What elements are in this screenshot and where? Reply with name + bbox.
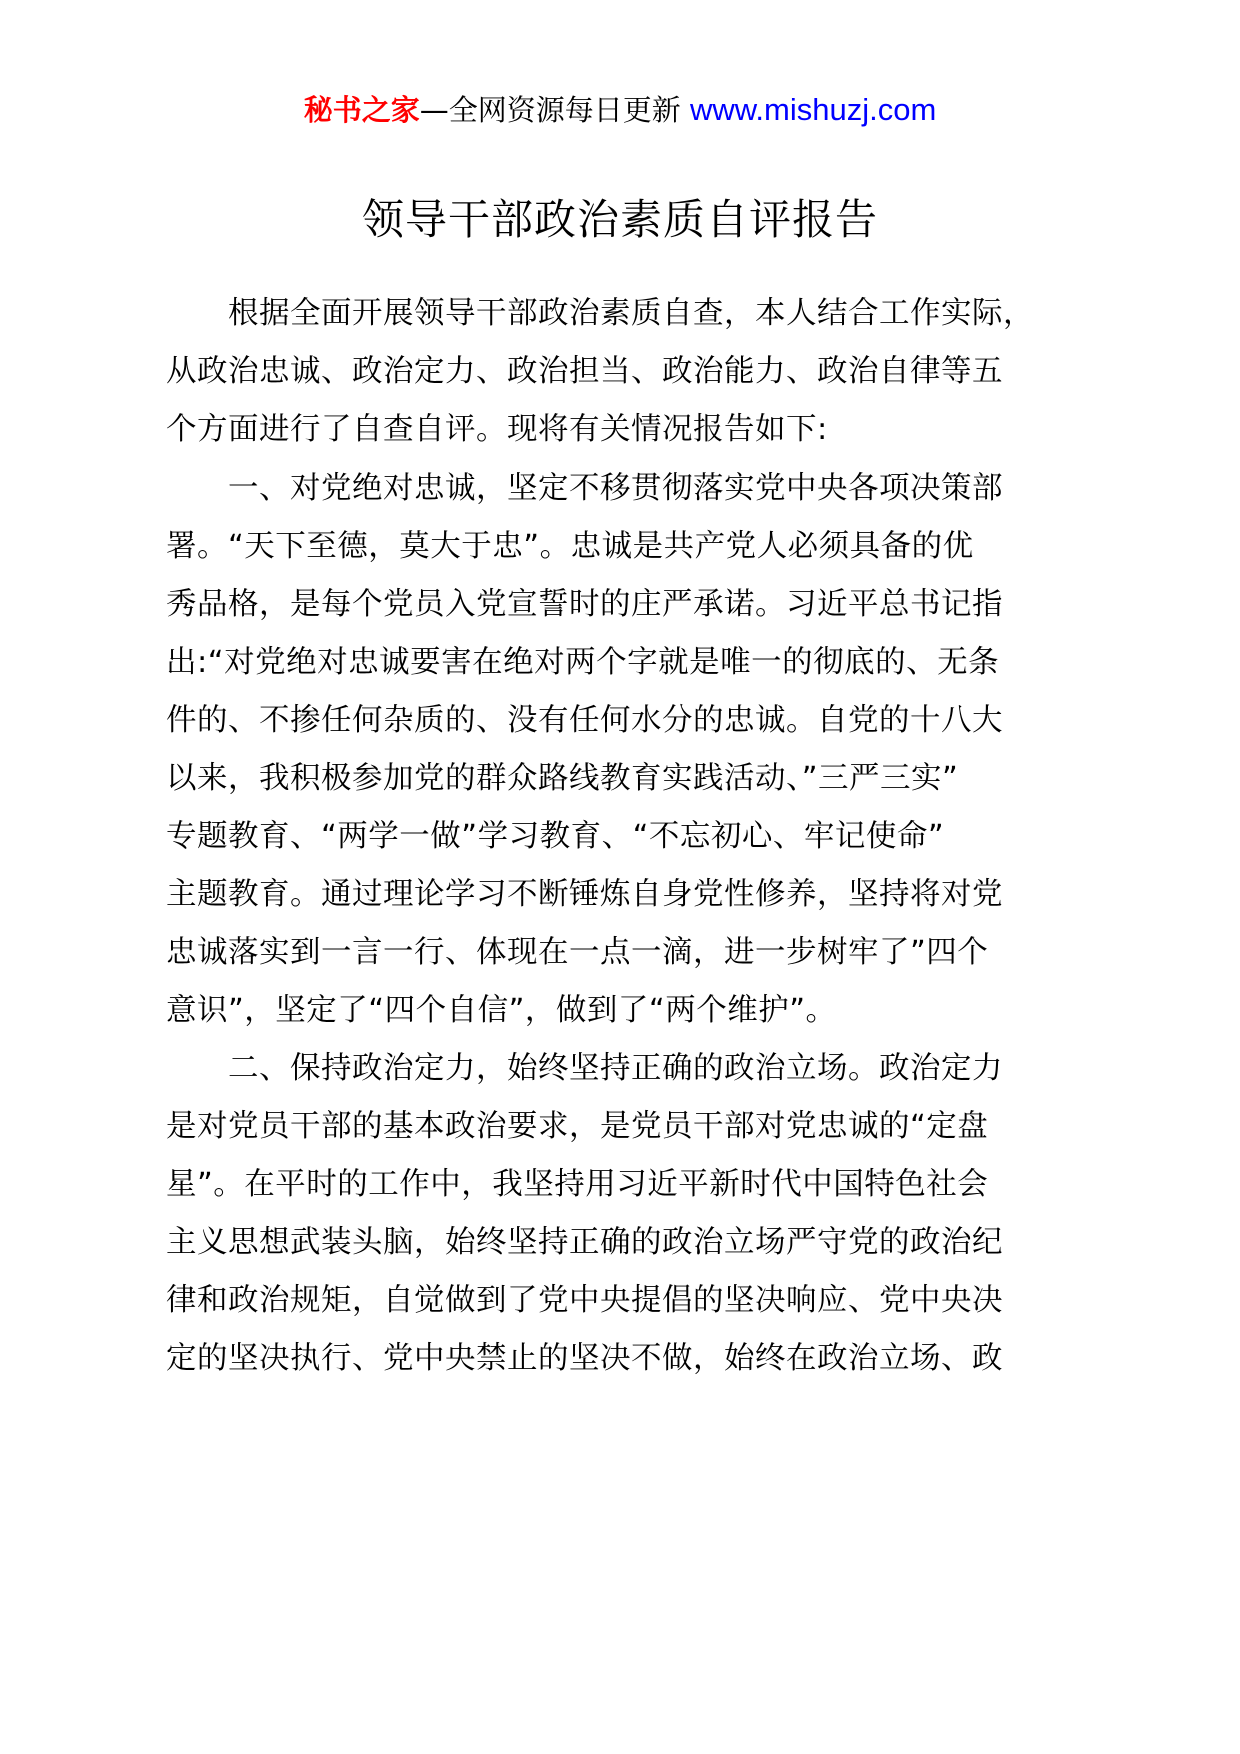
site-header-banner: 秘书之家—全网资源每日更新 www.mishuzj.com <box>0 88 1240 132</box>
paragraph-intro-line-1: 根据全面开展领导干部政治素质自查，本人结合工作实际， <box>228 292 1088 336</box>
section-1-line-2: 署。“天下至德，莫大于忠”。忠诚是共产党人必须具备的优 <box>166 525 1086 569</box>
section-1-line-7: 专题教育、“两学一做”学习教育、“不忘初心、牢记使命” <box>166 815 1086 859</box>
brand-name: 秘书之家 <box>304 93 420 127</box>
section-2-line-5: 律和政治规矩，自觉做到了党中央提倡的坚决响应、党中央决 <box>166 1279 1086 1323</box>
section-1-line-4: 出:“对党绝对忠诚要害在绝对两个字就是唯一的彻底的、无条 <box>166 641 1086 685</box>
section-2-heading-line: 二、保持政治定力，始终坚持正确的政治立场。政治定力 <box>228 1047 1088 1091</box>
section-1-line-8: 主题教育。通过理论学习不断锤炼自身党性修养，坚持将对党 <box>166 873 1086 917</box>
section-2-line-6: 定的坚决执行、党中央禁止的坚决不做，始终在政治立场、政 <box>166 1337 1086 1381</box>
section-1-line-10: 意识”，坚定了“四个自信”，做到了“两个维护”。 <box>166 989 1086 1033</box>
section-1-line-9: 忠诚落实到一言一行、体现在一点一滴，进一步树牢了”四个 <box>166 931 1086 975</box>
section-1-line-3: 秀品格，是每个党员入党宣誓时的庄严承诺。习近平总书记指 <box>166 583 1086 627</box>
section-1-line-6: 以来，我积极参加党的群众路线教育实践活动、”三严三实” <box>166 757 1086 801</box>
site-url-link[interactable]: www.mishuzj.com <box>690 92 936 127</box>
document-title: 领导干部政治素质自评报告 <box>0 190 1240 250</box>
section-2-line-2: 是对党员干部的基本政治要求，是党员干部对党忠诚的“定盘 <box>166 1105 1086 1149</box>
section-1-heading-line: 一、对党绝对忠诚，坚定不移贯彻落实党中央各项决策部 <box>228 467 1088 511</box>
header-tagline: —全网资源每日更新 <box>420 93 690 127</box>
paragraph-intro-line-2: 从政治忠诚、政治定力、政治担当、政治能力、政治自律等五 <box>166 350 1086 394</box>
section-1-line-5: 件的、不掺任何杂质的、没有任何水分的忠诚。自党的十八大 <box>166 699 1086 743</box>
section-2-line-4: 主义思想武装头脑，始终坚持正确的政治立场严守党的政治纪 <box>166 1221 1086 1265</box>
section-2-line-3: 星”。在平时的工作中，我坚持用习近平新时代中国特色社会 <box>166 1163 1086 1207</box>
paragraph-intro-line-3: 个方面进行了自查自评。现将有关情况报告如下: <box>166 408 1086 452</box>
